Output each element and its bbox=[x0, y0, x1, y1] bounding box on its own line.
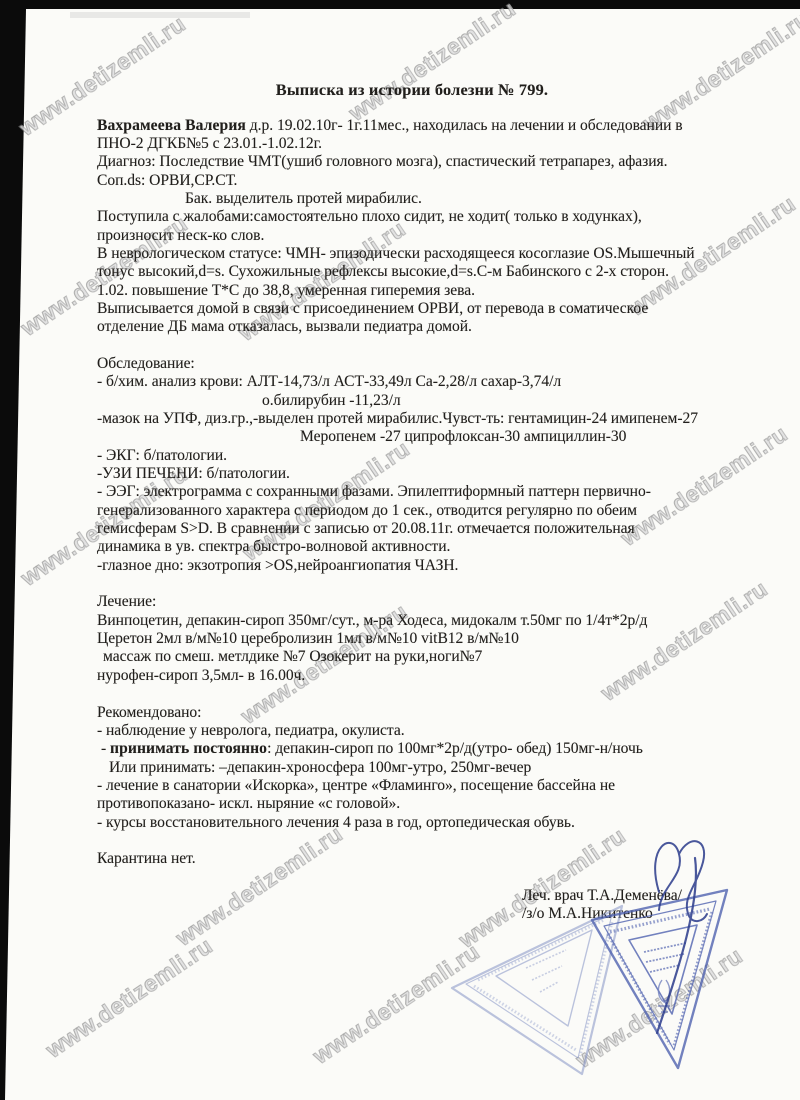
document-line: Меропенем -27 ципрофлоксан-30 ампициллин… bbox=[300, 428, 727, 446]
document-line: тонус высокий,d=s. Сухожильные рефлексы … bbox=[97, 263, 727, 281]
document-line: массаж по смеш. метлдике №7 Озокерит на … bbox=[103, 648, 727, 666]
document-line: Соп.ds: ОРВИ,СР.СТ. bbox=[97, 172, 727, 190]
document-line: - лечение в санатории «Искорка», центре … bbox=[97, 777, 727, 795]
document-line bbox=[97, 869, 727, 887]
document-line: Бак. выделитель протей мирабилис. bbox=[185, 190, 727, 208]
document-line: гемисферам S>D. В сравнении с записью от… bbox=[97, 520, 727, 538]
document-body: Выписка из истории болезни № 799. Вахрам… bbox=[97, 80, 727, 924]
document-line: - б/хим. анализ крови: АЛТ-14,73/л АСТ-3… bbox=[97, 373, 727, 391]
document-line: Выписывается домой в связи с присоединен… bbox=[97, 300, 727, 318]
document-line: -мазок на УПФ, диз.гр.,-выделен протей м… bbox=[97, 410, 727, 428]
document-line: -глазное дно: экзотропия >OS,нейроангиоп… bbox=[97, 557, 727, 575]
document-line: Винпоцетин, депакин-сироп 350мг/сут., м-… bbox=[97, 612, 727, 630]
document-line bbox=[97, 575, 727, 593]
scanned-document-page: { "page": { "kind": "scanned medical dis… bbox=[0, 0, 800, 1100]
document-line: - курсы восстановительного лечения 4 раз… bbox=[97, 814, 727, 832]
document-line: произносит неск-ко слов. bbox=[97, 227, 727, 245]
document-line: - ЭЭГ: электрограмма с сохранными фазами… bbox=[97, 483, 727, 501]
document-line: Или принимать: –депакин-хроносфера 100мг… bbox=[109, 759, 727, 777]
document-line: о.билирубин -11,23/л bbox=[262, 392, 727, 410]
document-line: -УЗИ ПЕЧЕНИ: б/патологии. bbox=[97, 465, 727, 483]
document-line: /з/о М.А.Никитенко bbox=[522, 905, 727, 923]
document-line: Леч. врач Т.А.Деменёва/ bbox=[522, 887, 727, 905]
document-line: Обследование: bbox=[97, 355, 727, 373]
document-line: - наблюдение у невролога, педиатра, окул… bbox=[97, 722, 727, 740]
document-line: 1.02. повышение Т*С до 38,8, умеренная г… bbox=[97, 282, 727, 300]
document-line bbox=[97, 685, 727, 703]
document-line: Рекомендовано: bbox=[97, 704, 727, 722]
document-line: Карантина нет. bbox=[97, 850, 727, 868]
document-line: В неврологическом статусе: ЧМН- эпизодич… bbox=[97, 245, 727, 263]
document-line: нурофен-сироп 3,5мл- в 16.00ч. bbox=[97, 667, 727, 685]
document-line bbox=[97, 832, 727, 850]
document-line: генерализованного характера с периодом д… bbox=[97, 502, 727, 520]
document-line: Церетон 2мл в/м№10 церебролизин 1мл в/м№… bbox=[97, 630, 727, 648]
document-line: - принимать постоянно: депакин-сироп по … bbox=[101, 740, 727, 758]
document-line: Диагноз: Последствие ЧМТ(ушиб головного … bbox=[97, 153, 727, 171]
document-lines: Вахрамеева Валерия д.р. 19.02.10г- 1г.11… bbox=[97, 117, 727, 924]
document-line: динамика в ув. спектра быстро-волновой а… bbox=[97, 538, 727, 556]
document-line bbox=[97, 337, 727, 355]
document-line: ПНО-2 ДГКБ№5 с 23.01.-1.02.12г. bbox=[97, 135, 727, 153]
document-line: Лечение: bbox=[97, 593, 727, 611]
document-line: - ЭКГ: б/патологии. bbox=[97, 447, 727, 465]
document-line: Вахрамеева Валерия д.р. 19.02.10г- 1г.11… bbox=[97, 117, 727, 135]
document-title: Выписка из истории болезни № 799. bbox=[97, 80, 727, 99]
scan-edge-artifact bbox=[70, 12, 250, 18]
document-line: противопоказано- искл. ныряние «с голово… bbox=[97, 795, 727, 813]
document-line: Поступила с жалобами:самостоятельно плох… bbox=[97, 208, 727, 226]
document-line: отделение ДБ мама отказалась, вызвали пе… bbox=[97, 318, 727, 336]
